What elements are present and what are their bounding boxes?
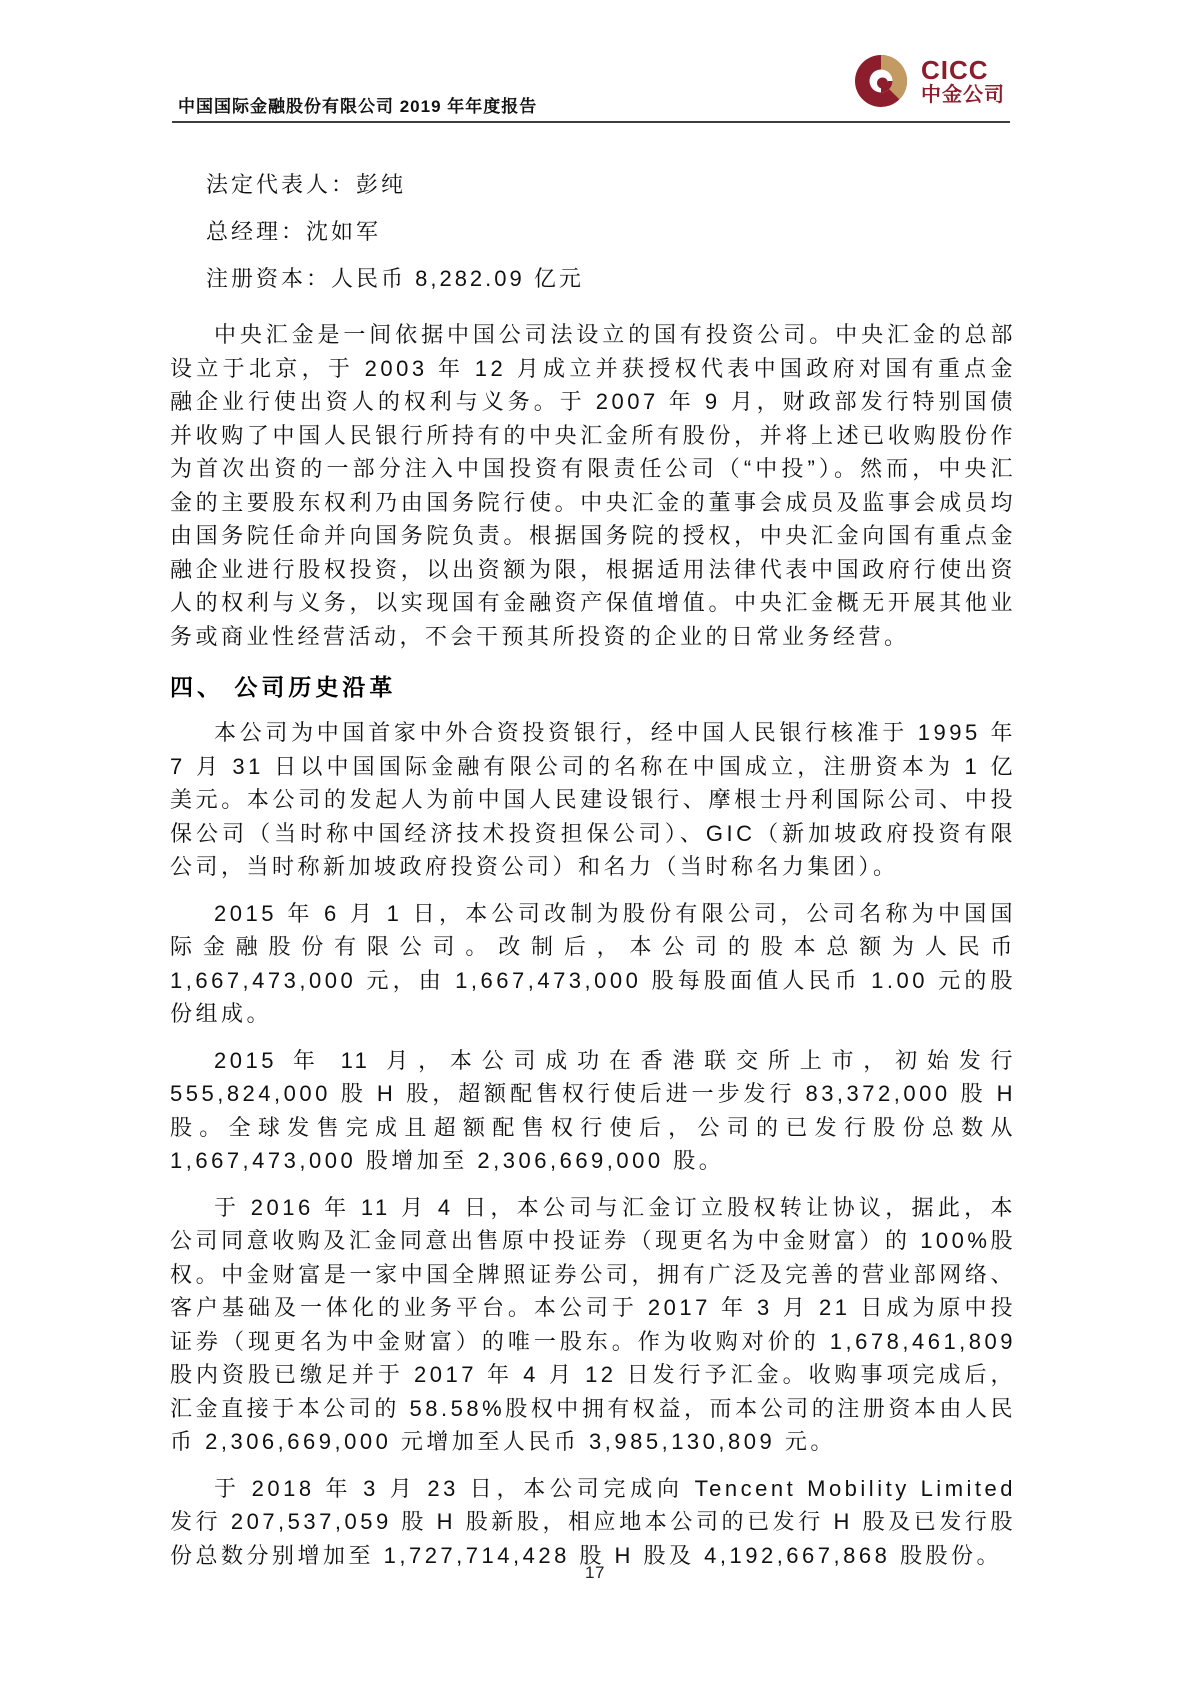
report-page: 中国国际金融股份有限公司 2019 年年度报告 CICC 中金公司 法定代表人：… xyxy=(0,0,1190,1684)
section-heading-company-history: 四、 公司历史沿革 xyxy=(170,669,1016,702)
logo-acronym: CICC xyxy=(921,57,1005,83)
history-paragraph-2018-tencent: 于 2018 年 3 月 23 日，本公司完成向 Tencent Mobilit… xyxy=(170,1472,1016,1573)
history-paragraph-2015-listing: 2015 年 11 月，本公司成功在香港联交所上市，初始发行 555,824,0… xyxy=(170,1044,1016,1178)
cicc-logo-mark-icon xyxy=(855,55,907,107)
legal-representative-line: 法定代表人：彭纯 xyxy=(170,170,1016,200)
cicc-logo: CICC 中金公司 xyxy=(855,55,1005,107)
logo-wordmark: CICC 中金公司 xyxy=(921,57,1005,105)
header-rule xyxy=(172,121,1010,123)
huijin-description-paragraph: 中央汇金是一间依据中国公司法设立的国有投资公司。中央汇金的总部设立于北京，于 2… xyxy=(170,318,1016,653)
page-number: 17 xyxy=(0,1563,1190,1583)
history-paragraph-2016-acquisition: 于 2016 年 11 月 4 日，本公司与汇金订立股权转让协议，据此，本公司同… xyxy=(170,1191,1016,1459)
report-title: 中国国际金融股份有限公司 2019 年年度报告 xyxy=(178,92,537,117)
logo-company-name: 中金公司 xyxy=(921,85,1005,105)
document-body: 法定代表人：彭纯 总经理：沈如军 注册资本：人民币 8,282.09 亿元 中央… xyxy=(170,170,1016,1585)
registered-capital-line: 注册资本：人民币 8,282.09 亿元 xyxy=(170,264,1016,294)
general-manager-line: 总经理：沈如军 xyxy=(170,217,1016,247)
history-paragraph-founding: 本公司为中国首家中外合资投资银行，经中国人民银行核准于 1995 年 7 月 3… xyxy=(170,716,1016,884)
history-paragraph-2015-restructuring: 2015 年 6 月 1 日，本公司改制为股份有限公司，公司名称为中国国际金融股… xyxy=(170,897,1016,1031)
